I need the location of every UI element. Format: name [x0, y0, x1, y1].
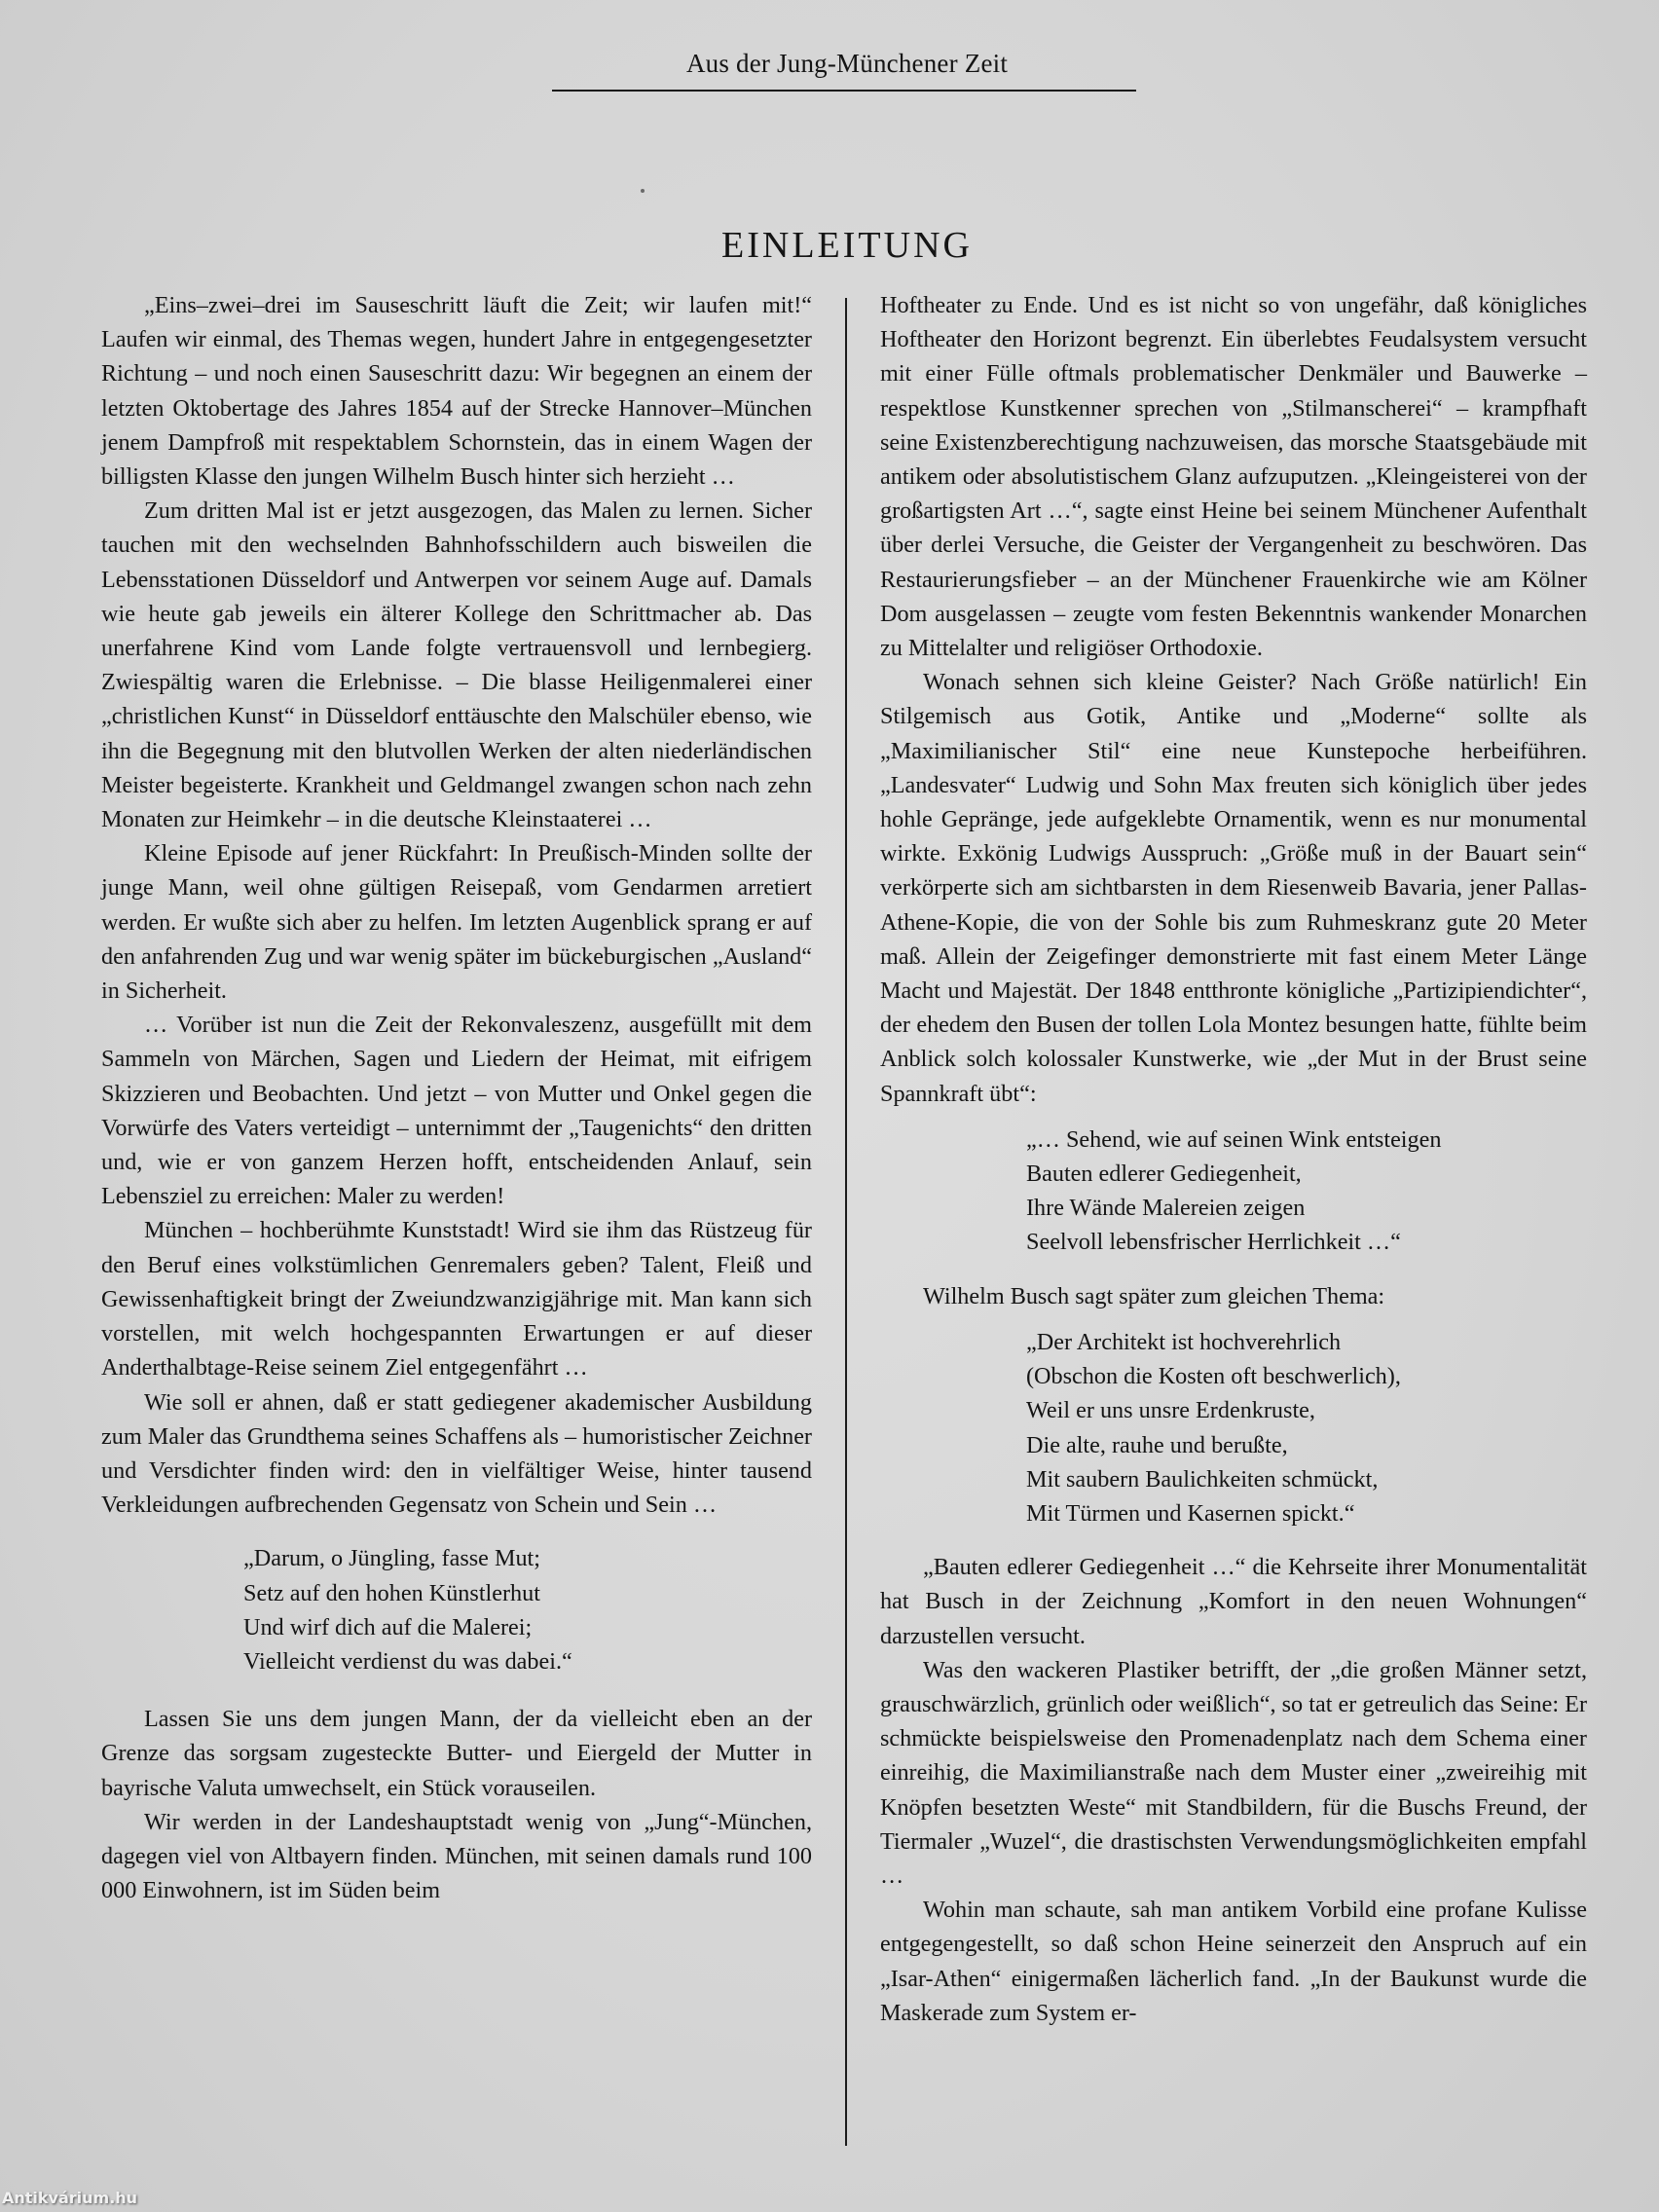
verse-line: Die alte, rauhe und berußte, — [1026, 1428, 1587, 1462]
column-divider — [845, 298, 847, 2146]
paragraph: Zum dritten Mal ist er jetzt ausgezogen,… — [101, 494, 812, 836]
paragraph: Wie soll er ahnen, daß er statt gediegen… — [101, 1385, 812, 1523]
header-rule — [552, 90, 1136, 92]
verse-line: Mit saubern Baulichkeiten schmückt, — [1026, 1462, 1587, 1496]
right-column: Hoftheater zu Ende. Und es ist nicht so … — [880, 288, 1587, 2030]
verse-line: Ihre Wände Malereien zeigen — [1026, 1191, 1587, 1225]
watermark: Antikvárium.hu — [2, 2189, 137, 2207]
book-page: Aus der Jung-Münchener Zeit EINLEITUNG „… — [0, 0, 1659, 2212]
chapter-title: EINLEITUNG — [545, 224, 1149, 267]
paragraph: Was den wackeren Plastiker betrifft, der… — [880, 1653, 1587, 1893]
verse-line: Seelvoll lebensfrischer Herrlichkeit …“ — [1026, 1225, 1587, 1259]
paragraph: „Eins–zwei–drei im Sauseschritt läuft di… — [101, 288, 812, 494]
paper-speck — [641, 189, 645, 193]
verse-quote: „Der Architekt ist hochverehrlich (Obsch… — [880, 1325, 1587, 1530]
paragraph-continued: Hoftheater zu Ende. Und es ist nicht so … — [880, 288, 1587, 665]
paragraph: Wohin man schaute, sah man antikem Vorbi… — [880, 1893, 1587, 2030]
paragraph: München – hochberühmte Kunststadt! Wird … — [101, 1213, 812, 1384]
verse-line: Vielleicht verdienst du was dabei.“ — [243, 1644, 812, 1678]
verse-line: Und wirf dich auf die Malerei; — [243, 1610, 812, 1644]
running-head: Aus der Jung-Münchener Zeit — [555, 49, 1139, 79]
paragraph: Wonach sehnen sich kleine Geister? Nach … — [880, 665, 1587, 1111]
paragraph: „Bauten edlerer Gediegenheit …“ die Kehr… — [880, 1550, 1587, 1653]
paragraph: Lassen Sie uns dem jungen Mann, der da v… — [101, 1702, 812, 1805]
verse-line: Mit Türmen und Kasernen spickt.“ — [1026, 1496, 1587, 1530]
paragraph: Kleine Episode auf jener Rückfahrt: In P… — [101, 836, 812, 1008]
verse-line: Weil er uns unsre Erdenkruste, — [1026, 1393, 1587, 1427]
verse-quote: „Darum, o Jüngling, fasse Mut; Setz auf … — [101, 1541, 812, 1678]
verse-intro: Wilhelm Busch sagt später zum gleichen T… — [880, 1279, 1587, 1313]
verse-line: „… Sehend, wie auf seinen Wink entsteige… — [1026, 1123, 1587, 1157]
verse-line: „Der Architekt ist hochverehrlich — [1026, 1325, 1587, 1359]
verse-quote: „… Sehend, wie auf seinen Wink entsteige… — [880, 1123, 1587, 1260]
verse-line: Bauten edlerer Gediegenheit, — [1026, 1157, 1587, 1191]
paragraph: Wir werden in der Landeshauptstadt wenig… — [101, 1805, 812, 1908]
verse-line: Setz auf den hohen Künstlerhut — [243, 1576, 812, 1610]
left-column: „Eins–zwei–drei im Sauseschritt läuft di… — [101, 288, 812, 1907]
verse-line: (Obschon die Kosten oft beschwerlich), — [1026, 1359, 1587, 1393]
verse-line: „Darum, o Jüngling, fasse Mut; — [243, 1541, 812, 1575]
paragraph: … Vorüber ist nun die Zeit der Rekonvale… — [101, 1008, 812, 1213]
